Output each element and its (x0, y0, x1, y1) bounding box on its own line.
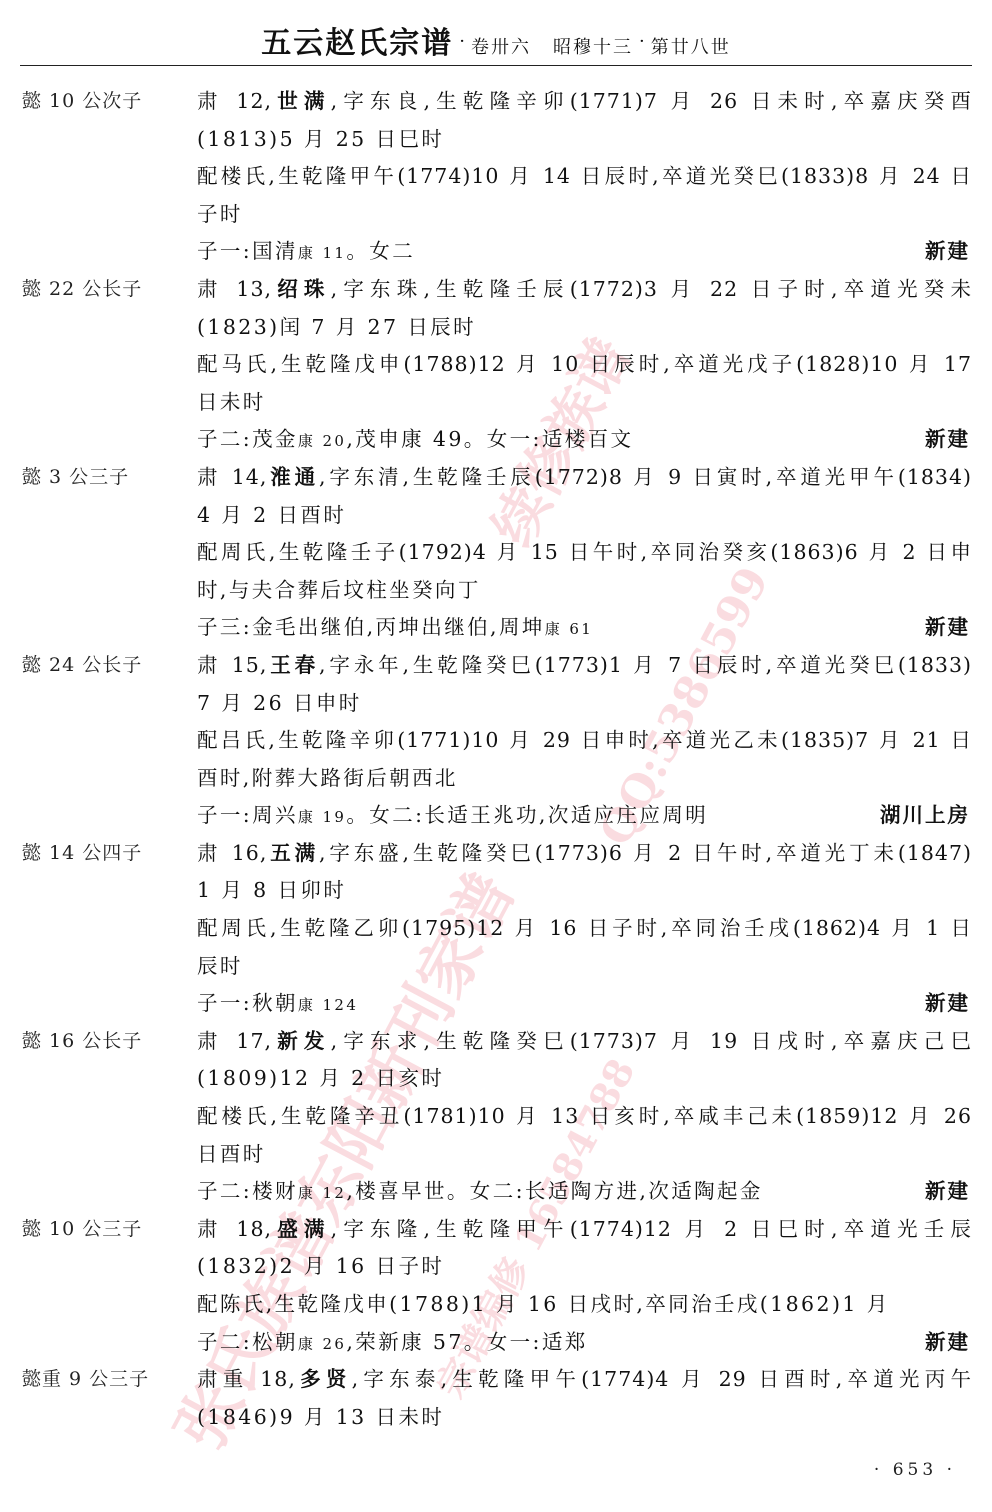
text-segment: 日酉时 (197, 1142, 266, 1166)
text-segment: ,字东珠,生乾隆壬辰(1772)3 月 22 日子时,卒道光癸未 (331, 277, 972, 301)
text-segment: 肃 14, (197, 465, 267, 489)
entry-main-line: 懿重 9 公三子肃重 18,多贤,字东泰,生乾隆甲午(1774)4 月 29 日… (0, 1361, 992, 1399)
text-segment: 7 月 26 日申时 (197, 691, 362, 715)
entry-text: 配吕氏,生乾隆辛卯(1771)10 月 29 日申时,卒道光乙未(1835)7 … (197, 722, 972, 760)
genealogy-entry: 懿 22 公长子肃 13,绍珠,字东珠,生乾隆壬辰(1772)3 月 22 日子… (0, 271, 992, 459)
branch-label: 新建 (925, 233, 970, 271)
entry-line: 7 月 26 日申时 (0, 685, 992, 723)
person-name: 淮通 (267, 465, 319, 489)
text-segment: 肃 13, (197, 277, 272, 301)
entry-text: 肃 14,淮通,字东清,生乾隆壬辰(1772)8 月 9 日寅时,卒道光甲午(1… (197, 459, 972, 497)
entry-line: 子二:楼财康 12,楼喜早世。女二:长适陶方进,次适陶起金新建 (0, 1173, 992, 1211)
text-segment: 时,与夫合葬后坟柱坐癸向丁 (197, 578, 481, 602)
entry-text: 子一:国清康 11。女二 (197, 233, 972, 273)
entry-line: 辰时 (0, 948, 992, 986)
text-segment: 4 月 2 日酉时 (197, 503, 346, 527)
entry-text: 日未时 (197, 384, 972, 422)
note-text: 康 20 (298, 432, 346, 450)
entry-text: 辰时 (197, 948, 972, 986)
person-name: 绍珠 (272, 277, 331, 301)
text-segment: 日未时 (197, 390, 266, 414)
entry-text: (1813)5 月 25 日巳时 (197, 121, 972, 159)
text-segment: 1 月 8 日卯时 (197, 878, 346, 902)
entry-line: (1846)9 月 13 日未时 (0, 1399, 992, 1437)
entry-text: 子二:松朝康 26,荣新康 57。女一:适郑 (197, 1324, 972, 1364)
text-segment: (1832)2 月 16 日子时 (197, 1254, 444, 1278)
entry-text: 配周氏,生乾隆壬子(1792)4 月 15 日午时,卒同治癸亥(1863)6 月… (197, 534, 972, 572)
entry-line: 子一:周兴康 19。女二:长适王兆功,次适应庄应周明湖川上房 (0, 797, 992, 835)
entry-text: 肃 15,王春,字永年,生乾隆癸巳(1773)1 月 7 日辰时,卒道光癸巳(1… (197, 647, 972, 685)
branch-label: 新建 (925, 1173, 970, 1211)
entry-line: 1 月 8 日卯时 (0, 872, 992, 910)
text-segment: 。女二 (346, 239, 415, 263)
entry-line: 配周氏,生乾隆壬子(1792)4 月 15 日午时,卒同治癸亥(1863)6 月… (0, 534, 992, 572)
note-text: 康 26 (298, 1335, 346, 1353)
entry-main-line: 懿 22 公长子肃 13,绍珠,字东珠,生乾隆壬辰(1772)3 月 22 日子… (0, 271, 992, 309)
branch-label: 新建 (925, 609, 970, 647)
text-segment: 子一:周兴 (197, 803, 298, 827)
text-segment: ,字东盛,生乾隆癸巳(1773)6 月 2 日午时,卒道光丁未(1847) (319, 841, 972, 865)
branch-label: 新建 (925, 985, 970, 1023)
entry-text: 7 月 26 日申时 (197, 685, 972, 723)
text-segment: 配周氏,生乾隆乙卯(1795)12 月 16 日子时,卒同治壬戌(1862)4 … (197, 916, 972, 940)
genealogy-entry: 懿 16 公长子肃 17,新发,字东求,生乾隆癸巳(1773)7 月 19 日戌… (0, 1023, 992, 1211)
entry-line: 子一:秋朝康 124新建 (0, 985, 992, 1023)
text-segment: 子二:茂金 (197, 427, 298, 451)
genealogy-entry: 懿 10 公次子肃 12,世满,字东良,生乾隆辛卯(1771)7 月 26 日未… (0, 83, 992, 271)
genealogy-entry: 懿重 9 公三子肃重 18,多贤,字东泰,生乾隆甲午(1774)4 月 29 日… (0, 1361, 992, 1436)
header-separator: · (459, 31, 465, 52)
book-title: 五云赵氏宗谱 (261, 26, 453, 61)
entry-text: 1 月 8 日卯时 (197, 872, 972, 910)
person-name: 王春 (267, 653, 319, 677)
entry-line: 时,与夫合葬后坟柱坐癸向丁 (0, 572, 992, 610)
entry-text: 时,与夫合葬后坟柱坐癸向丁 (197, 572, 972, 610)
text-segment: 子三:金毛出继伯,丙坤出继伯,周坤 (197, 615, 545, 639)
text-segment: 配周氏,生乾隆壬子(1792)4 月 15 日午时,卒同治癸亥(1863)6 月… (197, 540, 972, 564)
text-segment: 酉时,附葬大路街后朝西北 (197, 766, 458, 790)
entry-text: 配周氏,生乾隆乙卯(1795)12 月 16 日子时,卒同治壬戌(1862)4 … (197, 910, 972, 948)
entry-text: 肃 13,绍珠,字东珠,生乾隆壬辰(1772)3 月 22 日子时,卒道光癸未 (197, 271, 972, 309)
lineage-label: 懿 24 公长子 (22, 647, 142, 685)
entry-line: 子二:茂金康 20,茂申康 49。女一:适楼百文新建 (0, 421, 992, 459)
text-segment: 肃 17, (197, 1029, 272, 1053)
lineage-label: 懿 10 公三子 (22, 1211, 142, 1249)
entry-text: 肃 17,新发,字东求,生乾隆癸巳(1773)7 月 19 日戌时,卒嘉庆己巳 (197, 1023, 972, 1061)
entry-main-line: 懿 14 公四子肃 16,五满,字东盛,生乾隆癸巳(1773)6 月 2 日午时… (0, 835, 992, 873)
person-name: 盛满 (272, 1217, 331, 1241)
entry-text: 肃 18,盛满,字东隆,生乾隆甲午(1774)12 月 2 日巳时,卒道光壬辰 (197, 1211, 972, 1249)
text-segment: 肃 15, (197, 653, 267, 677)
entry-line: 子一:国清康 11。女二新建 (0, 233, 992, 271)
text-segment: 肃重 18, (197, 1367, 296, 1391)
entry-text: 配楼氏,生乾隆甲午(1774)10 月 14 日辰时,卒道光癸巳(1833)8 … (197, 158, 972, 196)
text-segment: ,字永年,生乾隆癸巳(1773)1 月 7 日辰时,卒道光癸巳(1833) (319, 653, 972, 677)
text-segment: 子时 (197, 202, 243, 226)
genealogy-entry: 懿 24 公长子肃 15,王春,字永年,生乾隆癸巳(1773)1 月 7 日辰时… (0, 647, 992, 835)
lineage-label: 懿 10 公次子 (22, 83, 142, 121)
text-segment: 子一:国清 (197, 239, 298, 263)
entry-text: (1823)闰 7 月 27 日辰时 (197, 309, 972, 347)
entry-line: 子时 (0, 196, 992, 234)
text-segment: ,字东隆,生乾隆甲午(1774)12 月 2 日巳时,卒道光壬辰 (331, 1217, 972, 1241)
lineage-label: 懿 22 公长子 (22, 271, 142, 309)
text-segment: ,荣新康 57。女一:适郑 (346, 1330, 587, 1354)
entry-text: 子一:周兴康 19。女二:长适王兆功,次适应庄应周明 (197, 797, 972, 837)
page-number: · 653 · (874, 1460, 956, 1480)
text-segment: 配陈氏,生乾隆戊申(1788)1 月 16 日戌时,卒同治壬戌(1862)1 月 (197, 1292, 890, 1316)
entry-line: 配吕氏,生乾隆辛卯(1771)10 月 29 日申时,卒道光乙未(1835)7 … (0, 722, 992, 760)
entry-main-line: 懿 16 公长子肃 17,新发,字东求,生乾隆癸巳(1773)7 月 19 日戌… (0, 1023, 992, 1061)
section-label: 昭穆十三 (553, 37, 633, 58)
entry-text: 配马氏,生乾隆戊申(1788)12 月 10 日辰时,卒道光戊子(1828)10… (197, 346, 972, 384)
header-separator-2: · (639, 31, 645, 52)
entry-line: 4 月 2 日酉时 (0, 497, 992, 535)
entry-line: 配楼氏,生乾隆辛丑(1781)10 月 13 日亥时,卒咸丰己未(1859)12… (0, 1098, 992, 1136)
person-name: 世满 (272, 89, 331, 113)
generation-label: 第廿八世 (651, 37, 731, 58)
note-text: 康 11 (298, 244, 346, 262)
text-segment: 。女二:长适王兆功,次适应庄应周明 (346, 803, 708, 827)
entry-text: 肃 16,五满,字东盛,生乾隆癸巳(1773)6 月 2 日午时,卒道光丁未(1… (197, 835, 972, 873)
genealogy-entry: 懿 10 公三子肃 18,盛满,字东隆,生乾隆甲午(1774)12 月 2 日巳… (0, 1211, 992, 1361)
entry-text: (1809)12 月 2 日亥时 (197, 1060, 972, 1098)
entry-main-line: 懿 10 公次子肃 12,世满,字东良,生乾隆辛卯(1771)7 月 26 日未… (0, 83, 992, 121)
entry-text: 配陈氏,生乾隆戊申(1788)1 月 16 日戌时,卒同治壬戌(1862)1 月 (197, 1286, 972, 1324)
entry-line: 子二:松朝康 26,荣新康 57。女一:适郑新建 (0, 1324, 992, 1362)
entry-main-line: 懿 24 公长子肃 15,王春,字永年,生乾隆癸巳(1773)1 月 7 日辰时… (0, 647, 992, 685)
text-segment: ,楼喜早世。女二:长适陶方进,次适陶起金 (346, 1179, 762, 1203)
text-segment: (1823)闰 7 月 27 日辰时 (197, 315, 476, 339)
text-segment: ,字东泰,生乾隆甲午(1774)4 月 29 日酉时,卒道光丙午 (352, 1367, 972, 1391)
person-name: 多贤 (296, 1367, 352, 1391)
genealogy-entries: 懿 10 公次子肃 12,世满,字东良,生乾隆辛卯(1771)7 月 26 日未… (0, 83, 992, 1436)
text-segment: 子二:楼财 (197, 1179, 298, 1203)
text-segment: (1813)5 月 25 日巳时 (197, 127, 444, 151)
entry-line: (1813)5 月 25 日巳时 (0, 121, 992, 159)
lineage-label: 懿重 9 公三子 (22, 1361, 149, 1399)
lineage-label: 懿 3 公三子 (22, 459, 129, 497)
note-text: 康 19 (298, 808, 346, 826)
entry-line: 子三:金毛出继伯,丙坤出继伯,周坤康 61新建 (0, 609, 992, 647)
text-segment: ,字东求,生乾隆癸巳(1773)7 月 19 日戌时,卒嘉庆己巳 (331, 1029, 972, 1053)
entry-text: 子二:楼财康 12,楼喜早世。女二:长适陶方进,次适陶起金 (197, 1173, 972, 1213)
entry-line: (1823)闰 7 月 27 日辰时 (0, 309, 992, 347)
entry-text: 日酉时 (197, 1136, 972, 1174)
entry-line: (1809)12 月 2 日亥时 (0, 1060, 992, 1098)
entry-text: 酉时,附葬大路街后朝西北 (197, 760, 972, 798)
text-segment: ,茂申康 49。女一:适楼百文 (346, 427, 633, 451)
entry-text: 子一:秋朝康 124 (197, 985, 972, 1025)
entry-text: 子时 (197, 196, 972, 234)
text-segment: 辰时 (197, 954, 243, 978)
text-segment: 配吕氏,生乾隆辛卯(1771)10 月 29 日申时,卒道光乙未(1835)7 … (197, 728, 972, 752)
entry-line: 配陈氏,生乾隆戊申(1788)1 月 16 日戌时,卒同治壬戌(1862)1 月 (0, 1286, 992, 1324)
entry-text: 肃重 18,多贤,字东泰,生乾隆甲午(1774)4 月 29 日酉时,卒道光丙午 (197, 1361, 972, 1399)
entry-text: 配楼氏,生乾隆辛丑(1781)10 月 13 日亥时,卒咸丰己未(1859)12… (197, 1098, 972, 1136)
entry-line: 配周氏,生乾隆乙卯(1795)12 月 16 日子时,卒同治壬戌(1862)4 … (0, 910, 992, 948)
genealogy-entry: 懿 14 公四子肃 16,五满,字东盛,生乾隆癸巳(1773)6 月 2 日午时… (0, 835, 992, 1023)
note-text: 康 61 (545, 620, 593, 638)
entry-main-line: 懿 10 公三子肃 18,盛满,字东隆,生乾隆甲午(1774)12 月 2 日巳… (0, 1211, 992, 1249)
entry-line: 配马氏,生乾隆戊申(1788)12 月 10 日辰时,卒道光戊子(1828)10… (0, 346, 992, 384)
entry-text: 子二:茂金康 20,茂申康 49。女一:适楼百文 (197, 421, 972, 461)
person-name: 五满 (267, 841, 319, 865)
entry-line: (1832)2 月 16 日子时 (0, 1248, 992, 1286)
text-segment: 肃 18, (197, 1217, 272, 1241)
text-segment: 子一:秋朝 (197, 991, 298, 1015)
text-segment: 配楼氏,生乾隆辛丑(1781)10 月 13 日亥时,卒咸丰己未(1859)12… (197, 1104, 972, 1128)
branch-label: 新建 (925, 421, 970, 459)
entry-line: 日未时 (0, 384, 992, 422)
text-segment: (1809)12 月 2 日亥时 (197, 1066, 444, 1090)
genealogy-entry: 懿 3 公三子肃 14,淮通,字东清,生乾隆壬辰(1772)8 月 9 日寅时,… (0, 459, 992, 647)
lineage-label: 懿 16 公长子 (22, 1023, 142, 1061)
branch-label: 新建 (925, 1324, 970, 1362)
note-text: 康 12 (298, 1184, 346, 1202)
text-segment: 配楼氏,生乾隆甲午(1774)10 月 14 日辰时,卒道光癸巳(1833)8 … (197, 164, 972, 188)
entry-text: (1832)2 月 16 日子时 (197, 1248, 972, 1286)
entry-text: 肃 12,世满,字东良,生乾隆辛卯(1771)7 月 26 日未时,卒嘉庆癸酉 (197, 83, 972, 121)
text-segment: 配马氏,生乾隆戊申(1788)12 月 10 日辰时,卒道光戊子(1828)10… (197, 352, 972, 376)
lineage-label: 懿 14 公四子 (22, 835, 142, 873)
text-segment: 子二:松朝 (197, 1330, 298, 1354)
branch-label: 湖川上房 (880, 797, 970, 835)
entry-line: 日酉时 (0, 1136, 992, 1174)
page-header: 五云赵氏宗谱·卷卅六昭穆十三·第廿八世 (0, 18, 992, 62)
entry-text: 子三:金毛出继伯,丙坤出继伯,周坤康 61 (197, 609, 972, 649)
text-segment: (1846)9 月 13 日未时 (197, 1405, 444, 1429)
header-rule (20, 65, 972, 66)
entry-line: 酉时,附葬大路街后朝西北 (0, 760, 992, 798)
entry-text: (1846)9 月 13 日未时 (197, 1399, 972, 1437)
note-text: 康 124 (298, 996, 358, 1014)
text-segment: 肃 16, (197, 841, 267, 865)
entry-text: 4 月 2 日酉时 (197, 497, 972, 535)
text-segment: ,字东良,生乾隆辛卯(1771)7 月 26 日未时,卒嘉庆癸酉 (331, 89, 972, 113)
text-segment: 肃 12, (197, 89, 272, 113)
volume-label: 卷卅六 (471, 37, 531, 58)
entry-line: 配楼氏,生乾隆甲午(1774)10 月 14 日辰时,卒道光癸巳(1833)8 … (0, 158, 992, 196)
person-name: 新发 (272, 1029, 331, 1053)
text-segment: ,字东清,生乾隆壬辰(1772)8 月 9 日寅时,卒道光甲午(1834) (319, 465, 972, 489)
entry-main-line: 懿 3 公三子肃 14,淮通,字东清,生乾隆壬辰(1772)8 月 9 日寅时,… (0, 459, 992, 497)
